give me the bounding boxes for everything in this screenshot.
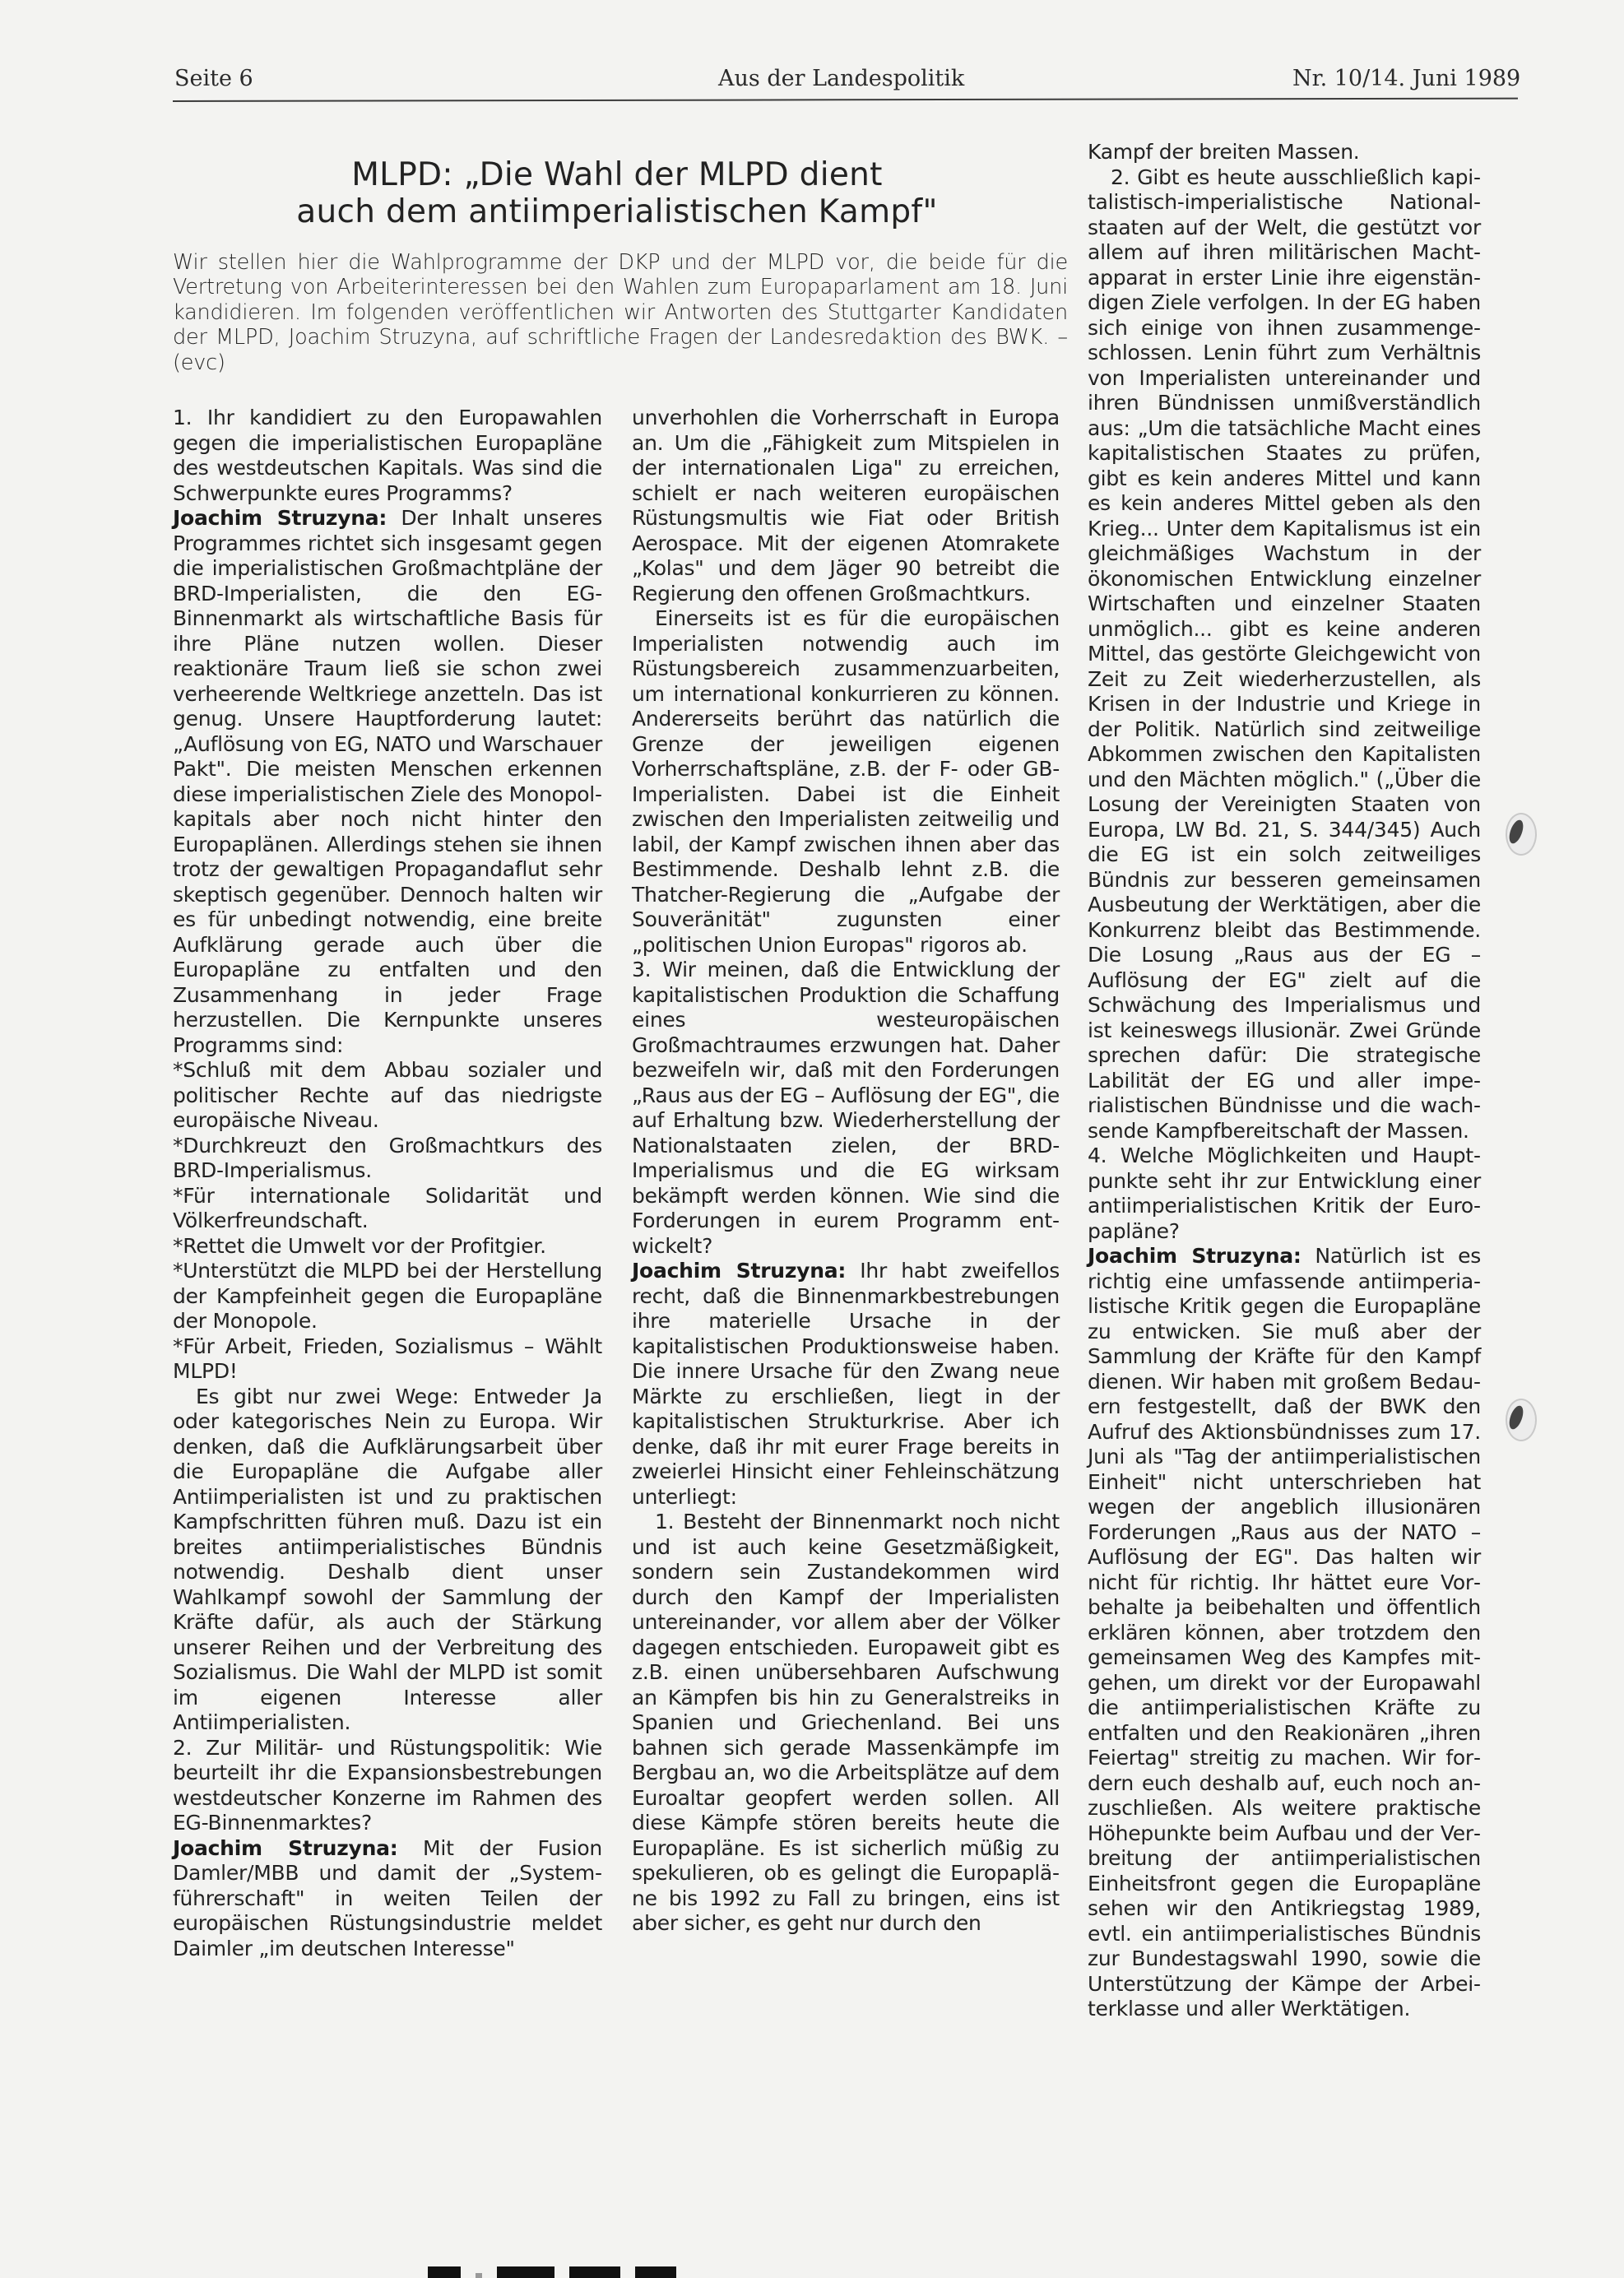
punch-hole-mark (1506, 813, 1537, 856)
question-3: 3. Wir meinen, daß die Entwicklung der k… (632, 958, 1060, 1259)
issue-date: Nr. 10/14. Juni 1989 (1292, 66, 1520, 91)
program-point: *Unterstützt die MLPD bei der Her­stellu… (173, 1259, 602, 1334)
column-1: 1. Ihr kandidiert zu den Europawahlen ge… (173, 406, 602, 1961)
question-1: 1. Ihr kandidiert zu den Europawahlen ge… (173, 406, 602, 506)
program-point: *Durchkreuzt den Großmachtkurs des BRD-I… (173, 1134, 602, 1184)
section-title: Aus der Landespolitik (718, 66, 964, 91)
cropped-next-heading (428, 2264, 856, 2278)
answer-2-continued: unverhohlen die Vorherrschaft in Eu­ropa… (632, 406, 1060, 606)
speaker-name: Joachim Struzyna: (632, 1259, 846, 1283)
point-1-continued: Kampf der breiten Massen. (1088, 140, 1481, 165)
newspaper-page: Seite 6 Aus der Landespolitik Nr. 10/14.… (0, 0, 1624, 2278)
answer-3-point-2: 2. Gibt es heute ausschließlich kapi­tal… (1088, 165, 1481, 1144)
paragraph: Einerseits ist es für die europäi­schen … (632, 606, 1060, 958)
article-headline: MLPD: „Die Wahl der MLPD dient auch dem … (247, 156, 987, 230)
answer-3: Joachim Struzyna: Ihr habt zweifellos re… (632, 1259, 1060, 1510)
page-number: Seite 6 (174, 66, 253, 91)
program-point: *Rettet die Umwelt vor der Profit­gier. (173, 1234, 602, 1260)
headline-line-2: auch dem antiimperialistischen Kampf" (247, 193, 987, 230)
answer-text: Der Inhalt unseres Programmes richtet si… (173, 506, 602, 1057)
paragraph: Es gibt nur zwei Wege: Entweder Ja oder … (173, 1385, 602, 1736)
headline-line-1: MLPD: „Die Wahl der MLPD dient (247, 156, 987, 193)
answer-4: Joachim Struzyna: Natürlich ist es richt… (1088, 1244, 1481, 2022)
column-3: Kampf der breiten Massen. 2. Gibt es heu… (1088, 140, 1481, 2022)
answer-text: Ihr habt zweifellos recht, daß die Binne… (632, 1259, 1060, 1509)
speaker-name: Joachim Struzyna: (1088, 1244, 1302, 1268)
answer-2: Joachim Struzyna: Mit der Fusion Damler/… (173, 1836, 602, 1962)
program-point: *Für Arbeit, Frieden, Sozialismus – Wähl… (173, 1334, 602, 1385)
answer-1: Joachim Struzyna: Der Inhalt unseres Pro… (173, 506, 602, 1058)
answer-3-point-1: 1. Besteht der Binnenmarkt noch nicht un… (632, 1510, 1060, 1937)
punch-hole-mark (1506, 1399, 1537, 1441)
answer-text: Natürlich ist es richtig eine umfassende… (1088, 1244, 1481, 2021)
program-point: *Schluß mit dem Abbau sozialer und polit… (173, 1058, 602, 1134)
column-2: unverhohlen die Vorherrschaft in Eu­ropa… (632, 406, 1060, 1937)
header-rule (173, 98, 1518, 102)
speaker-name: Joachim Struzyna: (173, 506, 387, 530)
speaker-name: Joachim Struzyna: (173, 1836, 398, 1860)
question-2: 2. Zur Militär- und Rüstungspolitik: Wie… (173, 1736, 602, 1836)
program-point: *Für internationale Solidarität und Völk… (173, 1184, 602, 1234)
article-intro: Wir stellen hier die Wahlprogramme der D… (173, 250, 1068, 375)
question-4: 4. Welche Möglichkeiten und Haupt­punkte… (1088, 1144, 1481, 1244)
